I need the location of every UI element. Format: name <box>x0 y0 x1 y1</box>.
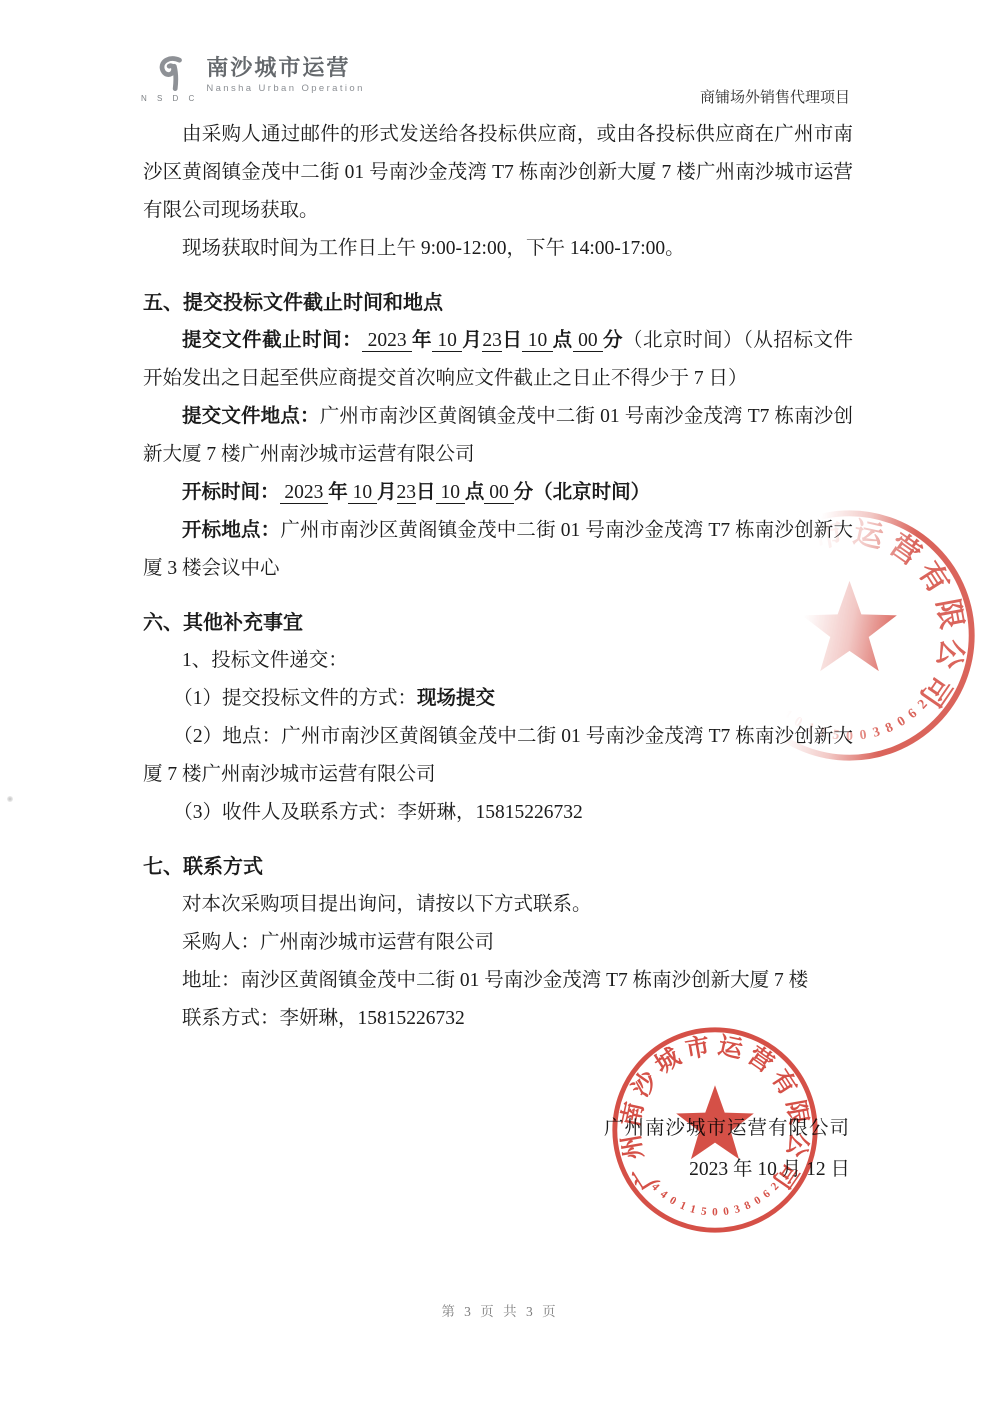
logo-squiggle-icon <box>151 55 189 93</box>
paragraph: 开标时间： 2023 年 10 月23日 10 点 00 分（北京时间） <box>143 474 853 512</box>
document-page: N S D C 南沙城市运营 Nansha Urban Operation 商铺… <box>0 0 1000 1414</box>
paragraph: 地址：南沙区黄阁镇金茂中二街 01 号南沙金茂湾 T7 栋南沙创新大厦 7 楼 <box>143 962 853 1000</box>
scan-artifact-dot <box>7 796 13 802</box>
project-name-header: 商铺场外销售代理项目 <box>700 86 850 107</box>
paragraph: （1）提交投标文件的方式：现场提交 <box>143 680 853 718</box>
section-heading: 五、提交投标文件截止时间和地点 <box>143 284 853 322</box>
logo-mark: N S D C <box>141 55 198 103</box>
paragraph: （2）地点：广州市南沙区黄阁镇金茂中二街 01 号南沙金茂湾 T7 栋南沙创新大… <box>143 718 853 794</box>
logo-title: 南沙城市运营 <box>206 55 364 81</box>
page-number: 第 3 页 共 3 页 <box>0 1300 1000 1320</box>
paragraph: （3）收件人及联系方式：李妍琳，15815226732 <box>143 794 853 832</box>
section-heading: 六、其他补充事宜 <box>143 604 853 642</box>
signature-date: 2023 年 10 月 12 日 <box>689 1153 850 1181</box>
signature-company: 广州南沙城市运营有限公司 <box>604 1112 850 1140</box>
paragraph: 由采购人通过邮件的形式发送给各投标供应商，或由各投标供应商在广州市南沙区黄阁镇金… <box>143 116 853 230</box>
section-heading: 七、联系方式 <box>143 848 853 886</box>
document-body: 由采购人通过邮件的形式发送给各投标供应商，或由各投标供应商在广州市南沙区黄阁镇金… <box>143 116 853 1038</box>
paragraph: 现场获取时间为工作日上午 9:00-12:00，下午 14:00-17:00。 <box>143 230 853 268</box>
paragraph: 提交文件地点：广州市南沙区黄阁镇金茂中二街 01 号南沙金茂湾 T7 栋南沙创新… <box>143 398 853 474</box>
paragraph: 开标地点：广州市南沙区黄阁镇金茂中二街 01 号南沙金茂湾 T7 栋南沙创新大厦… <box>143 512 853 588</box>
seal-code-text: 4401150038062 <box>649 1180 782 1218</box>
svg-text:4401150038062: 4401150038062 <box>649 1180 782 1218</box>
paragraph: 提交文件截止时间： 2023 年 10 月23日 10 点 00 分（北京时间）… <box>143 322 853 398</box>
paragraph: 联系方式：李妍琳，15815226732 <box>143 1000 853 1038</box>
logo-abbr: N S D C <box>141 94 198 103</box>
company-logo: N S D C 南沙城市运营 Nansha Urban Operation <box>141 55 365 103</box>
paragraph: 采购人：广州南沙城市运营有限公司 <box>143 924 853 962</box>
paragraph: 1、投标文件递交： <box>143 642 853 680</box>
logo-subtitle: Nansha Urban Operation <box>206 83 364 94</box>
paragraph: 对本次采购项目提出询问，请按以下方式联系。 <box>143 886 853 924</box>
